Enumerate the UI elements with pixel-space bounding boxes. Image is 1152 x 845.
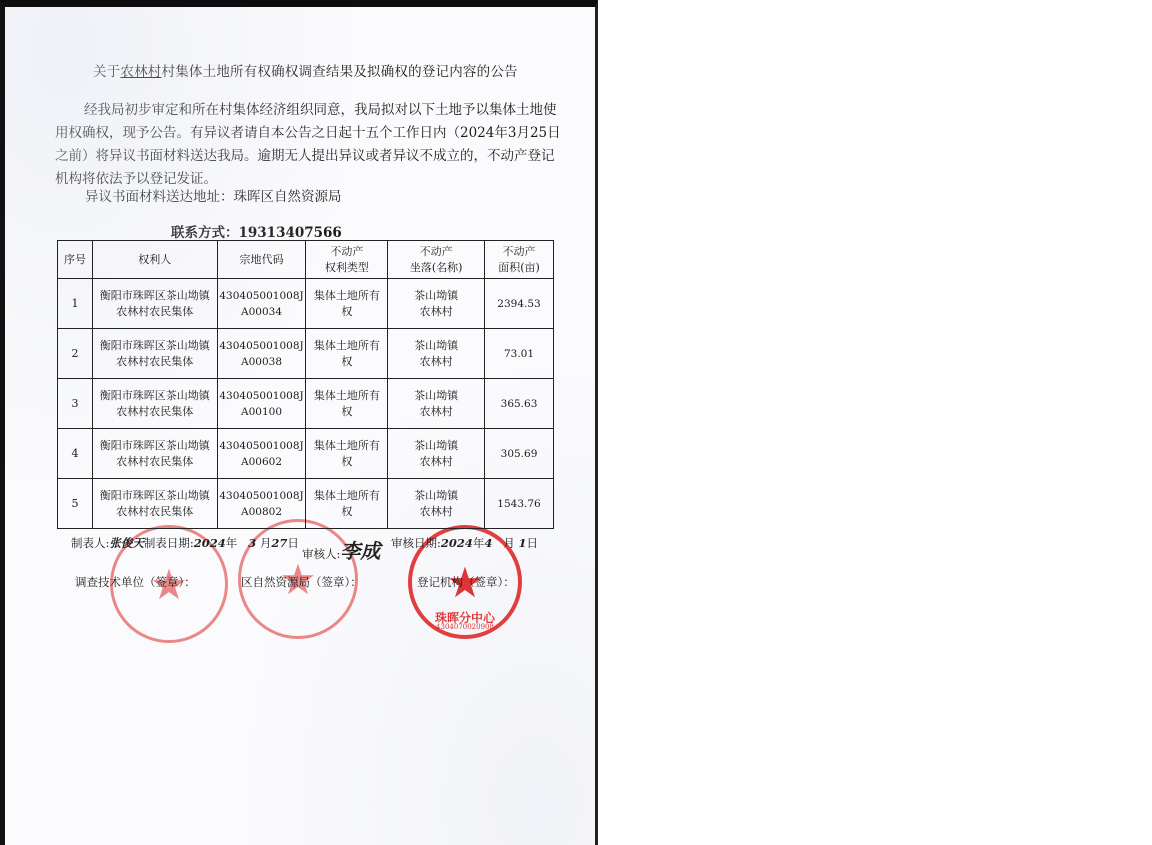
cell-no: 3 xyxy=(58,379,93,429)
reviewer-label: 审核人: xyxy=(302,547,340,561)
cell-area: 365.63 xyxy=(485,379,554,429)
cell-type: 集体土地所有权 xyxy=(306,479,388,529)
review-date-month: 4 xyxy=(484,536,492,550)
preparer-label: 制表人: xyxy=(71,536,109,550)
cell-area: 305.69 xyxy=(485,429,554,479)
registration-table: 序号权利人宗地代码不动产 权利类型不动产 坐落(名称)不动产 面积(亩) 1衡阳… xyxy=(57,240,554,529)
cell-location: 茶山坳镇 农林村 xyxy=(388,429,485,479)
reviewer-line: 审核人:李成 xyxy=(302,535,380,564)
title-prefix: 关于 xyxy=(93,64,120,80)
cell-location: 茶山坳镇 农林村 xyxy=(388,279,485,329)
reviewer-signature: 李成 xyxy=(340,539,380,563)
cell-area: 73.01 xyxy=(485,329,554,379)
cell-owner: 衡阳市珠晖区茶山坳镇农林村农民集体 xyxy=(92,279,217,329)
review-date-line: 审核日期:2024年4 月 1日 xyxy=(391,535,538,551)
column-header: 不动产 坐落(名称) xyxy=(388,241,485,279)
table-row: 4衡阳市珠晖区茶山坳镇农林村农民集体430405001008JA00602集体土… xyxy=(58,429,554,479)
cell-owner: 衡阳市珠晖区茶山坳镇农林村农民集体 xyxy=(92,479,217,529)
cell-location: 茶山坳镇 农林村 xyxy=(388,379,485,429)
table-header-row: 序号权利人宗地代码不动产 权利类型不动产 坐落(名称)不动产 面积(亩) xyxy=(58,241,554,279)
cell-no: 2 xyxy=(58,329,93,379)
cell-area: 1543.76 xyxy=(485,479,554,529)
cell-owner: 衡阳市珠晖区茶山坳镇农林村农民集体 xyxy=(92,329,217,379)
column-header: 宗地代码 xyxy=(217,241,306,279)
review-date-year: 2024 xyxy=(441,536,473,550)
cell-location: 茶山坳镇 农林村 xyxy=(388,329,485,379)
contact-info: 联系方式：19313407566 xyxy=(171,221,342,241)
cell-code: 430405001008JA00038 xyxy=(217,329,306,379)
cell-code: 430405001008JA00034 xyxy=(217,279,306,329)
preparer-signature: 张俊天 xyxy=(109,536,144,550)
cell-location: 茶山坳镇 农林村 xyxy=(388,479,485,529)
review-date-label: 审核日期: xyxy=(391,536,441,550)
table-body: 1衡阳市珠晖区茶山坳镇农林村农民集体430405001008JA00034集体土… xyxy=(58,279,554,529)
cell-type: 集体土地所有权 xyxy=(306,429,388,479)
table-row: 2衡阳市珠晖区茶山坳镇农林村农民集体430405001008JA00038集体土… xyxy=(58,329,554,379)
objection-address: 异议书面材料送达地址：珠晖区自然资源局 xyxy=(85,186,595,209)
cell-code: 430405001008JA00802 xyxy=(217,479,306,529)
prep-date-day: 27 xyxy=(271,536,287,550)
column-header: 序号 xyxy=(58,241,93,279)
cell-no: 1 xyxy=(58,279,93,329)
column-header: 不动产 权利类型 xyxy=(306,241,388,279)
cell-type: 集体土地所有权 xyxy=(306,379,388,429)
table-row: 1衡阳市珠晖区茶山坳镇农林村农民集体430405001008JA00034集体土… xyxy=(58,279,554,329)
title-village: 农林村 xyxy=(120,64,161,80)
table-row: 5衡阳市珠晖区茶山坳镇农林村农民集体430405001008JA00802集体土… xyxy=(58,479,554,529)
month-unit: 月 xyxy=(260,536,272,550)
table-row: 3衡阳市珠晖区茶山坳镇农林村农民集体430405001008JA00100集体土… xyxy=(58,379,554,429)
cell-no: 5 xyxy=(58,479,93,529)
registry-seal-label: 登记机构（签章）： xyxy=(417,574,515,590)
month-unit: 月 xyxy=(503,536,515,550)
cell-no: 4 xyxy=(58,429,93,479)
cell-code: 430405001008JA00100 xyxy=(217,379,306,429)
prep-date-year: 2024 xyxy=(194,536,226,550)
prep-date-month: 3 xyxy=(248,536,256,550)
scanned-document-page: 关于农林村村集体土地所有权确权调查结果及拟确权的登记内容的公告 经我局初步审定和… xyxy=(0,0,598,845)
announcement-paragraph: 经我局初步审定和所在村集体经济组织同意，我局拟对以下土地予以集体土地使用权确权，… xyxy=(55,99,565,191)
title-suffix: 村集体土地所有权确权调查结果及拟确权的登记内容的公告 xyxy=(162,64,518,80)
cell-type: 集体土地所有权 xyxy=(306,329,388,379)
prep-date-label: 制表日期: xyxy=(144,536,194,550)
registry-seal-code: 4304070020908 xyxy=(436,623,494,631)
survey-unit-seal-label: 调查技术单位（签章）： xyxy=(75,574,196,590)
column-header: 不动产 面积(亩) xyxy=(485,241,554,279)
day-unit: 日 xyxy=(287,536,299,550)
year-unit: 年 xyxy=(226,536,238,550)
cell-type: 集体土地所有权 xyxy=(306,279,388,329)
cell-owner: 衡阳市珠晖区茶山坳镇农林村农民集体 xyxy=(92,379,217,429)
year-unit: 年 xyxy=(473,536,485,550)
day-unit: 日 xyxy=(527,536,539,550)
review-date-day: 1 xyxy=(519,536,527,550)
preparer-line: 制表人:张俊天制表日期:2024年 3 月27日 xyxy=(71,535,299,551)
column-header: 权利人 xyxy=(92,241,217,279)
cell-owner: 衡阳市珠晖区茶山坳镇农林村农民集体 xyxy=(92,429,217,479)
bureau-seal-label: 区自然资源局（签章）： xyxy=(241,574,362,590)
cell-area: 2394.53 xyxy=(485,279,554,329)
cell-code: 430405001008JA00602 xyxy=(217,429,306,479)
document-title: 关于农林村村集体土地所有权确权调查结果及拟确权的登记内容的公告 xyxy=(93,60,518,80)
